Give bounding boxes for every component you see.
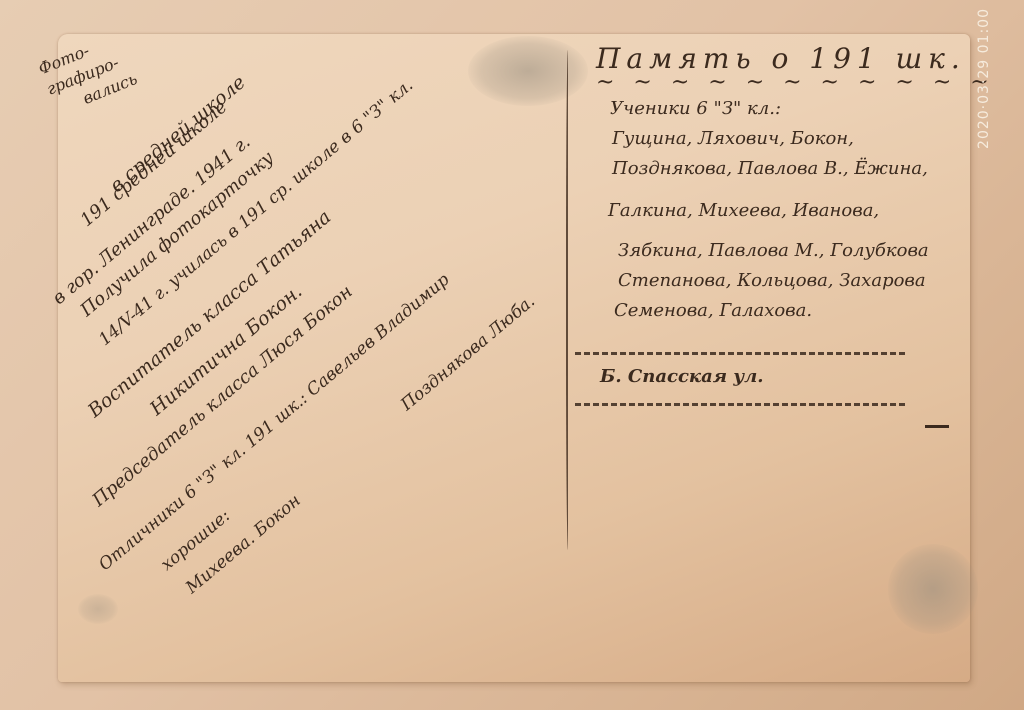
- ink-dash: [925, 425, 949, 428]
- pupil-line: Гущина, Ляхович, Бокон,: [612, 128, 854, 149]
- address-text: Б. Спасская ул.: [600, 366, 764, 387]
- pupil-line: Степанова, Кольцова, Захарова: [618, 270, 926, 291]
- tilde-underline: ~ ~ ~ ~ ~ ~ ~ ~ ~ ~ ~: [596, 70, 995, 95]
- water-stain: [78, 594, 118, 624]
- pupil-line: Позднякова, Павлова В., Ёжина,: [612, 158, 928, 179]
- pupil-line: Галкина, Михеева, Иванова,: [608, 200, 879, 221]
- pupil-line: Семенова, Галахова.: [614, 300, 812, 321]
- pupils-label: Ученики 6 "З" кл.:: [610, 98, 781, 119]
- water-stain: [888, 544, 978, 634]
- pupil-line: Зябкина, Павлова М., Голубкова: [618, 240, 929, 261]
- photo-timestamp: 2020·03·29 01:00: [976, 8, 992, 149]
- vertical-divider-line: [566, 50, 571, 550]
